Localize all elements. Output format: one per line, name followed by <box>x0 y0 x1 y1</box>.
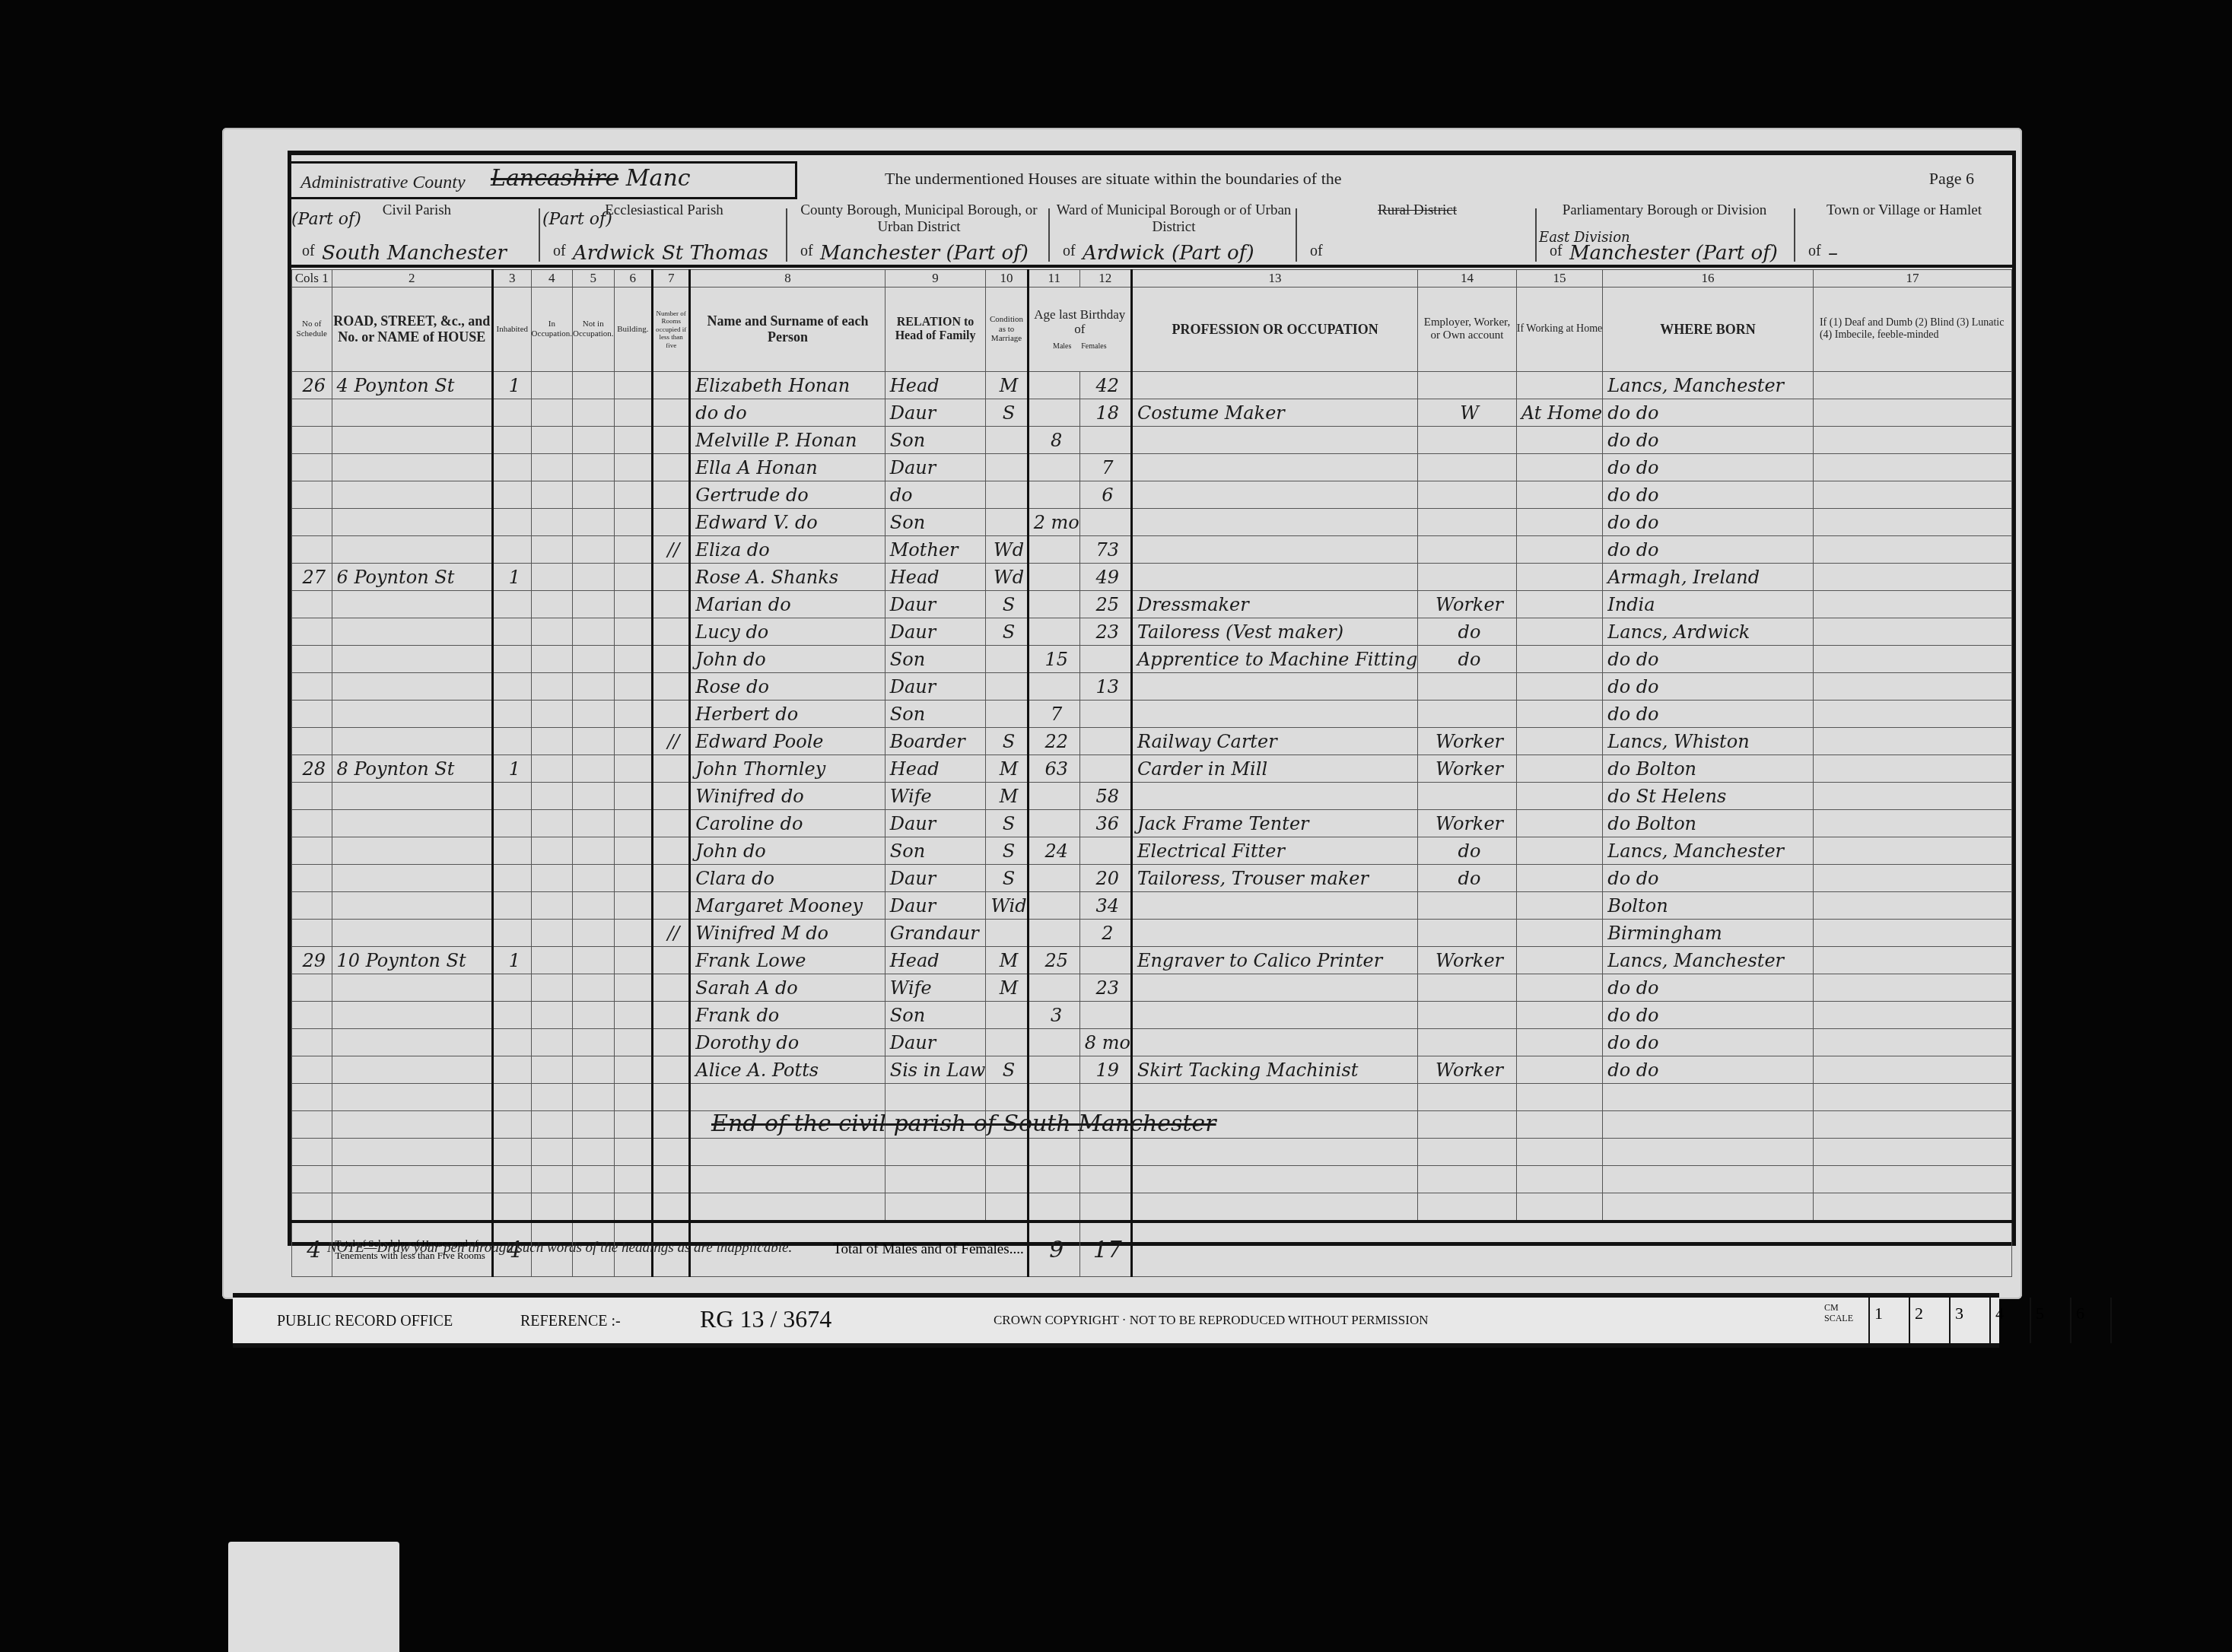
table-row <box>292 1139 2012 1166</box>
cell-emp: Worker <box>1418 810 1516 837</box>
scale-mark: 6 <box>2070 1298 2110 1343</box>
cell-born: do do <box>1603 481 1814 509</box>
cell-cond: S <box>986 837 1028 865</box>
header-inhabited: Inhabited <box>492 288 531 372</box>
cell-sched <box>292 1193 332 1222</box>
col-num: 10 <box>986 270 1028 288</box>
cell-occ: Apprentice to Machine Fitting <box>1131 646 1417 673</box>
cell-inhab <box>492 1002 531 1029</box>
cell-inhab <box>492 892 531 920</box>
table-row: do doDaurS18Costume MakerWAt Homedo do <box>292 399 2012 427</box>
cell-m <box>1028 536 1079 564</box>
cell-cond <box>986 481 1028 509</box>
cell-inhab <box>492 1139 531 1166</box>
cell-home <box>1516 865 1603 892</box>
cell-inhab <box>492 454 531 481</box>
cell-born: do do <box>1603 974 1814 1002</box>
table-row: Sarah A doWifeM23do do <box>292 974 2012 1002</box>
header-rule <box>291 265 2012 268</box>
cell-f <box>1079 1166 1131 1193</box>
cell-name: Clara do <box>690 865 885 892</box>
cell-m: 22 <box>1028 728 1079 755</box>
divider <box>786 208 787 262</box>
cell-emp: do <box>1418 837 1516 865</box>
cell-rooms <box>653 810 690 837</box>
ecclesiastical-parish: Ecclesiastical Parish (Part of) of Ardwi… <box>542 202 786 265</box>
cell-sched: 27 <box>292 564 332 591</box>
rural-district: Rural District of <box>1299 202 1535 265</box>
cell-cond <box>986 1084 1028 1111</box>
header-infirmity: If (1) Deaf and Dumb (2) Blind (3) Lunat… <box>1813 288 2011 372</box>
cell-rooms <box>653 509 690 536</box>
table-row: Gertrude dodo6do do <box>292 481 2012 509</box>
cell-inhab <box>492 810 531 837</box>
cell-road <box>332 701 492 728</box>
cell-occ <box>1131 372 1417 399</box>
cell-road <box>332 783 492 810</box>
cell-name: John do <box>690 837 885 865</box>
cell-occ <box>1131 1029 1417 1056</box>
cell-f <box>1079 646 1131 673</box>
cell-occ: Engraver to Calico Printer <box>1131 947 1417 974</box>
cell-rel: Head <box>885 372 986 399</box>
cell-f: 58 <box>1079 783 1131 810</box>
cell-occ <box>1131 536 1417 564</box>
cell-home <box>1516 783 1603 810</box>
cell-name: Edward V. do <box>690 509 885 536</box>
cell-cond: Wd <box>986 536 1028 564</box>
cell-name <box>690 1166 885 1193</box>
cell-rooms: // <box>653 536 690 564</box>
cell-sched <box>292 1139 332 1166</box>
cell-occ <box>1131 920 1417 947</box>
cell-rel: Son <box>885 427 986 454</box>
cell-home <box>1516 1166 1603 1193</box>
cell-inhab <box>492 728 531 755</box>
cell-home <box>1516 1002 1603 1029</box>
cell-inhab <box>492 481 531 509</box>
cell-f: 73 <box>1079 536 1131 564</box>
cell-f <box>1079 728 1131 755</box>
cell-inhab: 1 <box>492 372 531 399</box>
cell-road: 6 Poynton St <box>332 564 492 591</box>
cell-rooms <box>653 1139 690 1166</box>
divider <box>1535 208 1537 262</box>
cell-emp <box>1418 673 1516 701</box>
cell-cond <box>986 673 1028 701</box>
cell-sched <box>292 427 332 454</box>
cell-name <box>690 1084 885 1111</box>
table-row <box>292 1193 2012 1222</box>
cell-born <box>1603 1084 1814 1111</box>
col-num: 16 <box>1603 270 1814 288</box>
cell-sched <box>292 1002 332 1029</box>
cell-home <box>1516 536 1603 564</box>
scale-mark: 3 <box>1949 1298 1989 1343</box>
cell-cond: M <box>986 783 1028 810</box>
cell-rel: Daur <box>885 1029 986 1056</box>
cell-home <box>1516 1193 1603 1222</box>
cell-occ <box>1131 454 1417 481</box>
scale-mark: 4 <box>1989 1298 2030 1343</box>
divider <box>1296 208 1297 262</box>
form-note: NOTE—Draw your pen through such words of… <box>327 1240 792 1256</box>
cell-f: 49 <box>1079 564 1131 591</box>
cell-emp <box>1418 1193 1516 1222</box>
cell-home <box>1516 974 1603 1002</box>
census-form: Administrative County Lancashire Manc Th… <box>288 151 2016 1246</box>
cell-occ <box>1131 974 1417 1002</box>
cell-road <box>332 974 492 1002</box>
cell-born: Lancs, Ardwick <box>1603 618 1814 646</box>
cell-inhab <box>492 1111 531 1139</box>
cm-scale-label: CM SCALE <box>1824 1302 1855 1324</box>
page-number: Page 6 <box>1929 169 1974 189</box>
reference-number: RG 13 / 3674 <box>700 1305 831 1333</box>
cell-f <box>1079 1084 1131 1111</box>
cell-sched: 28 <box>292 755 332 783</box>
cell-rooms <box>653 755 690 783</box>
cell-rooms <box>653 399 690 427</box>
cell-home <box>1516 481 1603 509</box>
cell-m <box>1028 865 1079 892</box>
cell-cond: S <box>986 399 1028 427</box>
cell-rooms <box>653 481 690 509</box>
cell-name: John Thornley <box>690 755 885 783</box>
cell-name: Lucy do <box>690 618 885 646</box>
cell-road <box>332 481 492 509</box>
cell-inhab <box>492 1029 531 1056</box>
cell-home <box>1516 837 1603 865</box>
cell-born: do do <box>1603 673 1814 701</box>
cell-inhab <box>492 701 531 728</box>
cell-road <box>332 1084 492 1111</box>
cell-emp <box>1418 536 1516 564</box>
cell-occ <box>1131 427 1417 454</box>
town-village-hamlet: Town or Village or Hamlet of – <box>1798 202 2011 265</box>
cell-home <box>1516 1139 1603 1166</box>
cell-inhab: 1 <box>492 755 531 783</box>
cell-cond <box>986 701 1028 728</box>
cell-rooms <box>653 947 690 974</box>
cell-home <box>1516 1029 1603 1056</box>
cell-sched <box>292 591 332 618</box>
table-row: 264 Poynton St1Elizabeth HonanHeadM42Lan… <box>292 372 2012 399</box>
cell-cond: M <box>986 372 1028 399</box>
table-row: Alice A. PottsSis in LawS19Skirt Tacking… <box>292 1056 2012 1084</box>
admin-county-value: Lancashire Manc <box>491 165 691 192</box>
cell-rel: Head <box>885 755 986 783</box>
col-num: 13 <box>1131 270 1417 288</box>
admin-county-label: Administrative County <box>300 173 466 193</box>
cell-name: Rose do <box>690 673 885 701</box>
cell-home <box>1516 673 1603 701</box>
cell-inhab <box>492 1193 531 1222</box>
copyright-notice: CROWN COPYRIGHT · NOT TO BE REPRODUCED W… <box>994 1313 1428 1328</box>
cell-f <box>1079 1193 1131 1222</box>
cell-m <box>1028 1166 1079 1193</box>
cell-sched <box>292 728 332 755</box>
cell-rooms <box>653 1029 690 1056</box>
header-at-home: If Working at Home <box>1516 288 1603 372</box>
cell-rel: Grandaur <box>885 920 986 947</box>
cell-name: Herbert do <box>690 701 885 728</box>
cell-emp <box>1418 481 1516 509</box>
cell-m: 15 <box>1028 646 1079 673</box>
cell-name: Sarah A do <box>690 974 885 1002</box>
cell-rel: Wife <box>885 783 986 810</box>
table-row: John doSonS24Electrical FitterdoLancs, M… <box>292 837 2012 865</box>
cell-rooms <box>653 865 690 892</box>
cell-sched <box>292 1056 332 1084</box>
cell-emp: Worker <box>1418 947 1516 974</box>
cell-sched <box>292 810 332 837</box>
header-rooms: Number of Rooms occupied if less than fi… <box>653 288 690 372</box>
cell-rel: Daur <box>885 810 986 837</box>
administrative-county-box: Administrative County Lancashire Manc <box>291 161 797 199</box>
header-employer: Employer, Worker, or Own account <box>1418 288 1516 372</box>
cell-born: do do <box>1603 509 1814 536</box>
cell-sched <box>292 1029 332 1056</box>
cell-sched <box>292 1166 332 1193</box>
cell-rel: Son <box>885 701 986 728</box>
cell-name: Elizabeth Honan <box>690 372 885 399</box>
cell-home <box>1516 372 1603 399</box>
cell-inhab <box>492 920 531 947</box>
cell-rooms: // <box>653 920 690 947</box>
cell-cond: S <box>986 865 1028 892</box>
archive-footer: PUBLIC RECORD OFFICE REFERENCE :- RG 13 … <box>233 1293 1999 1348</box>
cell-m <box>1028 892 1079 920</box>
cell-rel: Daur <box>885 591 986 618</box>
cell-m <box>1028 920 1079 947</box>
cell-name: John do <box>690 646 885 673</box>
table-row: Clara doDaurS20Tailoress, Trouser makerd… <box>292 865 2012 892</box>
cell-cond <box>986 1139 1028 1166</box>
cell-m <box>1028 564 1079 591</box>
cell-occ: Jack Frame Tenter <box>1131 810 1417 837</box>
cell-rooms <box>653 1166 690 1193</box>
cell-cond <box>986 1166 1028 1193</box>
cell-home <box>1516 591 1603 618</box>
cell-cond <box>986 509 1028 536</box>
cell-rel: Son <box>885 1002 986 1029</box>
cell-name: Dorothy do <box>690 1029 885 1056</box>
cell-road <box>332 1002 492 1029</box>
cell-cond: Wd <box>986 564 1028 591</box>
cell-emp: do <box>1418 865 1516 892</box>
cell-born <box>1603 1166 1814 1193</box>
cell-rooms <box>653 1111 690 1139</box>
cell-occ: Dressmaker <box>1131 591 1417 618</box>
cell-m: 24 <box>1028 837 1079 865</box>
cell-rooms <box>653 454 690 481</box>
cell-f: 13 <box>1079 673 1131 701</box>
cell-occ <box>1131 892 1417 920</box>
cell-inhab: 1 <box>492 947 531 974</box>
cell-emp <box>1418 1084 1516 1111</box>
cell-rel: Daur <box>885 454 986 481</box>
table-row: Margaret MooneyDaurWid34Bolton <box>292 892 2012 920</box>
cell-m: 8 <box>1028 427 1079 454</box>
header-not-in-occupation: Not in Occupation. <box>573 288 614 372</box>
cell-born: Armagh, Ireland <box>1603 564 1814 591</box>
cell-name: Melville P. Honan <box>690 427 885 454</box>
cell-name: Alice A. Potts <box>690 1056 885 1084</box>
cell-inhab <box>492 1056 531 1084</box>
cell-f <box>1079 947 1131 974</box>
cell-road <box>332 865 492 892</box>
table-row <box>292 1084 2012 1111</box>
cell-home <box>1516 564 1603 591</box>
cell-rooms <box>653 618 690 646</box>
cell-cond <box>986 1002 1028 1029</box>
cell-road <box>332 1193 492 1222</box>
table-row: //Winifred M doGrandaur2Birmingham <box>292 920 2012 947</box>
cell-rel: Daur <box>885 618 986 646</box>
cell-sched <box>292 1111 332 1139</box>
cell-emp <box>1418 1139 1516 1166</box>
cell-cond: S <box>986 728 1028 755</box>
cell-name: Ella A Honan <box>690 454 885 481</box>
cell-name: Frank Lowe <box>690 947 885 974</box>
cell-cond: S <box>986 618 1028 646</box>
cell-rooms <box>653 1056 690 1084</box>
table-row: John doSon15Apprentice to Machine Fittin… <box>292 646 2012 673</box>
cell-f <box>1079 701 1131 728</box>
cell-f: 2 <box>1079 920 1131 947</box>
column-headers-row: No of Schedule ROAD, STREET, &c., and No… <box>292 288 2012 372</box>
cell-emp <box>1418 892 1516 920</box>
header-where-born: WHERE BORN <box>1603 288 1814 372</box>
cell-m <box>1028 673 1079 701</box>
cell-cond: Wid <box>986 892 1028 920</box>
cell-m <box>1028 481 1079 509</box>
cell-rooms <box>653 1002 690 1029</box>
cell-inhab: 1 <box>492 564 531 591</box>
cell-f <box>1079 427 1131 454</box>
col-num: 2 <box>332 270 492 288</box>
cell-born: do do <box>1603 1002 1814 1029</box>
cell-emp <box>1418 427 1516 454</box>
cell-home <box>1516 947 1603 974</box>
cell-emp: W <box>1418 399 1516 427</box>
cell-rel <box>885 1139 986 1166</box>
cell-cond <box>986 1029 1028 1056</box>
cell-emp <box>1418 1002 1516 1029</box>
cell-sched <box>292 454 332 481</box>
cell-inhab <box>492 837 531 865</box>
cell-occ <box>1131 1193 1417 1222</box>
col-num: 17 <box>1813 270 2011 288</box>
cell-rooms <box>653 837 690 865</box>
cell-cond: S <box>986 810 1028 837</box>
cell-occ <box>1131 509 1417 536</box>
cell-emp <box>1418 974 1516 1002</box>
cell-inhab <box>492 399 531 427</box>
table-row: Edward V. doSon2 modo do <box>292 509 2012 536</box>
cell-rel: Head <box>885 564 986 591</box>
cell-sched <box>292 618 332 646</box>
cell-road <box>332 536 492 564</box>
cell-road: 4 Poynton St <box>332 372 492 399</box>
cell-born: Lancs, Whiston <box>1603 728 1814 755</box>
cell-f: 34 <box>1079 892 1131 920</box>
cell-born <box>1603 1111 1814 1139</box>
cell-born: do Bolton <box>1603 810 1814 837</box>
cell-born <box>1603 1193 1814 1222</box>
cell-road <box>332 673 492 701</box>
cell-sched <box>292 536 332 564</box>
cell-rel: Wife <box>885 974 986 1002</box>
cell-rel: Boarder <box>885 728 986 755</box>
cell-m <box>1028 399 1079 427</box>
cell-m <box>1028 1084 1079 1111</box>
scale-mark: 2 <box>1909 1298 1949 1343</box>
cell-occ: Tailoress, Trouser maker <box>1131 865 1417 892</box>
cell-sched <box>292 1084 332 1111</box>
cell-rooms <box>653 673 690 701</box>
record-office: PUBLIC RECORD OFFICE <box>277 1313 453 1330</box>
scale-mark: 1 <box>1868 1298 1909 1343</box>
cell-cond <box>986 454 1028 481</box>
cell-road <box>332 1056 492 1084</box>
cell-inhab <box>492 1084 531 1111</box>
cell-born: do do <box>1603 865 1814 892</box>
scale-mark <box>2110 1298 2151 1343</box>
cell-sched <box>292 920 332 947</box>
cell-emp: Worker <box>1418 755 1516 783</box>
total-schedules: 4 <box>292 1222 332 1277</box>
cell-name: Gertrude do <box>690 481 885 509</box>
cell-sched <box>292 509 332 536</box>
cell-rel: do <box>885 481 986 509</box>
cell-rooms <box>653 1193 690 1222</box>
cell-cond: M <box>986 755 1028 783</box>
cell-rooms <box>653 646 690 673</box>
cell-m <box>1028 372 1079 399</box>
cell-name: Caroline do <box>690 810 885 837</box>
cell-m <box>1028 810 1079 837</box>
cell-road <box>332 1111 492 1139</box>
cell-occ <box>1131 1166 1417 1193</box>
cell-emp <box>1418 920 1516 947</box>
cell-road <box>332 591 492 618</box>
table-row: Dorothy doDaur8 modo do <box>292 1029 2012 1056</box>
cell-home <box>1516 1084 1603 1111</box>
header-name: Name and Surname of each Person <box>690 288 885 372</box>
cell-f: 7 <box>1079 454 1131 481</box>
col-num: 6 <box>614 270 653 288</box>
cell-m: 2 mo <box>1028 509 1079 536</box>
cell-sched <box>292 783 332 810</box>
cell-road: 10 Poynton St <box>332 947 492 974</box>
cell-emp: do <box>1418 646 1516 673</box>
cell-born <box>1603 1139 1814 1166</box>
cell-home <box>1516 1056 1603 1084</box>
cell-occ <box>1131 673 1417 701</box>
cell-cond: M <box>986 947 1028 974</box>
cell-road <box>332 1139 492 1166</box>
cell-emp <box>1418 454 1516 481</box>
cell-m: 7 <box>1028 701 1079 728</box>
cell-sched <box>292 481 332 509</box>
cell-rooms <box>653 974 690 1002</box>
county-borough: County Borough, Municipal Borough, or Ur… <box>790 202 1048 265</box>
cell-cond <box>986 427 1028 454</box>
cell-sched <box>292 399 332 427</box>
cell-cond: S <box>986 1056 1028 1084</box>
